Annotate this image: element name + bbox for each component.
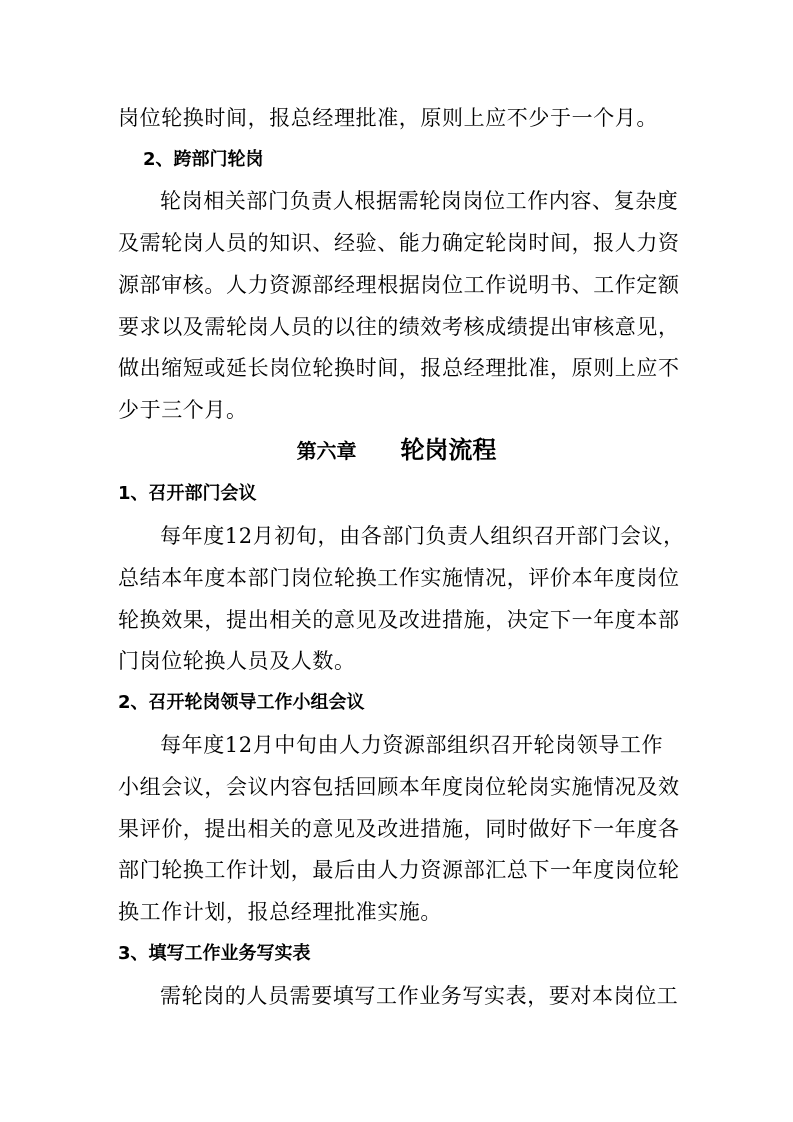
chapter-title: 轮岗流程 — [400, 436, 496, 464]
paragraph-line: 门岗位轮换人员及人数。 — [118, 647, 678, 675]
paragraph-line: 每年度12月中旬由人力资源部组织召开轮岗领导工作 — [160, 731, 720, 759]
paragraph-line: 每年度12月初旬，由各部门负责人组织召开部门会议， — [160, 522, 720, 550]
step-heading-1: 1、召开部门会议 — [118, 480, 678, 508]
paragraph-line: 小组会议，会议内容包括回顾本年度岗位轮岗实施情况及效 — [118, 773, 678, 801]
paragraph-line: 做出缩短或延长岗位轮换时间，报总经理批准，原则上应不 — [118, 354, 678, 382]
paragraph-line: 及需轮岗人员的知识、经验、能力确定轮岗时间，报人力资 — [118, 229, 678, 257]
paragraph-line: 总结本年度本部门岗位轮换工作实施情况，评价本年度岗位 — [118, 564, 678, 592]
section-heading-cross-department: 2、跨部门轮岗 — [143, 146, 703, 174]
document-page: 岗位轮换时间，报总经理批准，原则上应不少于一个月。 2、跨部门轮岗 轮岗相关部门… — [0, 0, 793, 1122]
paragraph-line: 部门轮换工作计划，最后由人力资源部汇总下一年度岗位轮 — [118, 856, 678, 884]
paragraph-line: 岗位轮换时间，报总经理批准，原则上应不少于一个月。 — [118, 104, 678, 132]
chapter-number: 第六章 — [297, 439, 357, 463]
paragraph-line: 源部审核。人力资源部经理根据岗位工作说明书、工作定额 — [118, 271, 678, 299]
paragraph-line: 少于三个月。 — [118, 396, 678, 424]
paragraph-line: 换工作计划，报总经理批准实施。 — [118, 898, 678, 926]
step-heading-3: 3、填写工作业务写实表 — [118, 940, 678, 968]
paragraph-line: 果评价，提出相关的意见及改进措施，同时做好下一年度各 — [118, 815, 678, 843]
step-heading-2: 2、召开轮岗领导工作小组会议 — [118, 689, 678, 717]
paragraph-line: 轮岗相关部门负责人根据需轮岗岗位工作内容、复杂度 — [160, 187, 720, 215]
paragraph-line: 轮换效果，提出相关的意见及改进措施，决定下一年度本部 — [118, 606, 678, 634]
paragraph-line: 要求以及需轮岗人员的以往的绩效考核成绩提出审核意见， — [118, 313, 678, 341]
chapter-heading: 第六章 轮岗流程 — [0, 435, 793, 466]
paragraph-line: 需轮岗的人员需要填写工作业务写实表，要对本岗位工 — [160, 982, 720, 1010]
